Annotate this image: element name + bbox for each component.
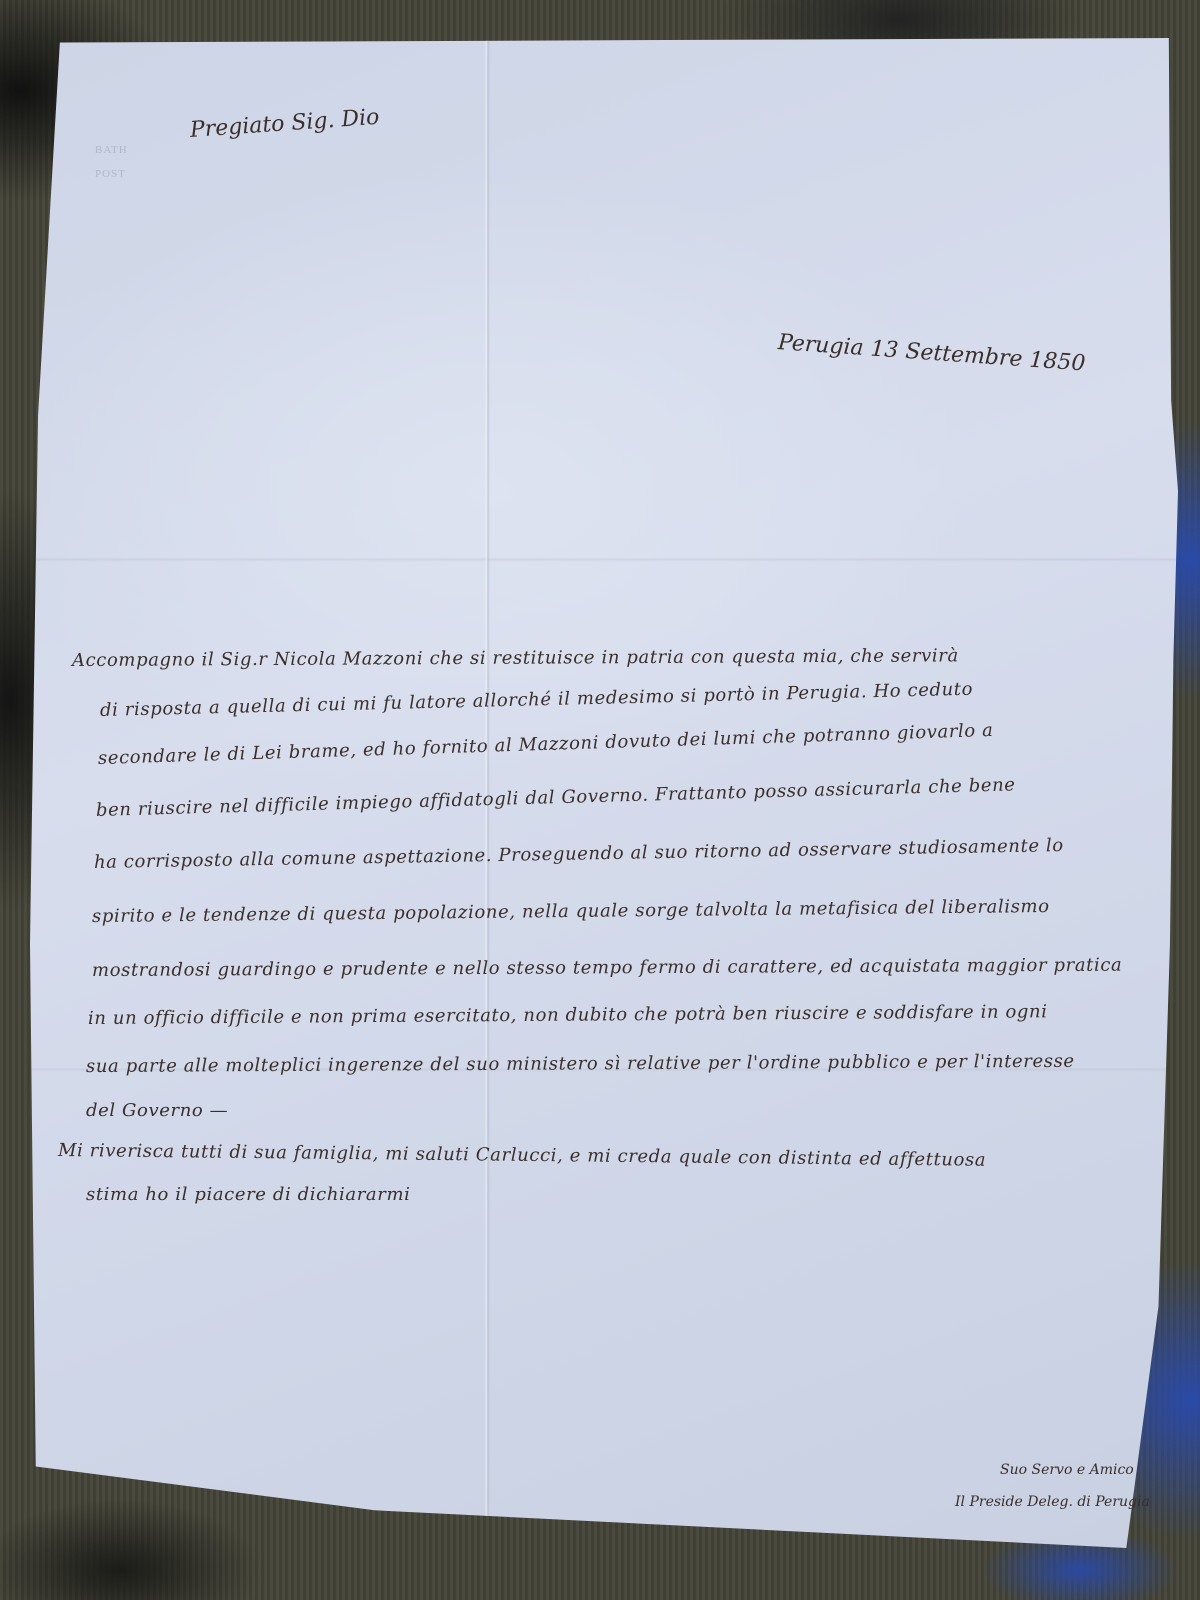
body-line-1: Accompagno il Sig.r Nicola Mazzoni che s…: [72, 645, 959, 671]
body-line-5: ha corrisposto alla comune aspettazione.…: [94, 835, 1064, 873]
letter-body: Accompagno il Sig.r Nicola Mazzoni che s…: [0, 0, 1200, 1600]
signature-line-2: Il Preside Deleg. di Perugia: [955, 1494, 1150, 1510]
body-line-7: mostrandosi guardingo e prudente e nello…: [92, 955, 1122, 981]
closing-line-1: Mi riverisca tutti di sua famiglia, mi s…: [58, 1140, 986, 1171]
body-line-2: di risposta a quella di cui mi fu latore…: [100, 679, 974, 721]
body-line-9: sua parte alle molteplici ingerenze del …: [86, 1051, 1075, 1077]
signature-line-1: Suo Servo e Amico: [1000, 1462, 1134, 1478]
body-line-3: secondare le di Lei brame, ed ho fornito…: [98, 720, 994, 769]
closing-line-2: stima ho il piacere di dichiararmi: [86, 1184, 410, 1205]
body-line-6: spirito e le tendenze di questa popolazi…: [92, 896, 1050, 927]
body-line-8: in un officio difficile e non prima eser…: [88, 1001, 1048, 1029]
body-line-10: del Governo —: [86, 1100, 228, 1121]
body-line-4: ben riuscire nel difficile impiego affid…: [96, 774, 1016, 821]
